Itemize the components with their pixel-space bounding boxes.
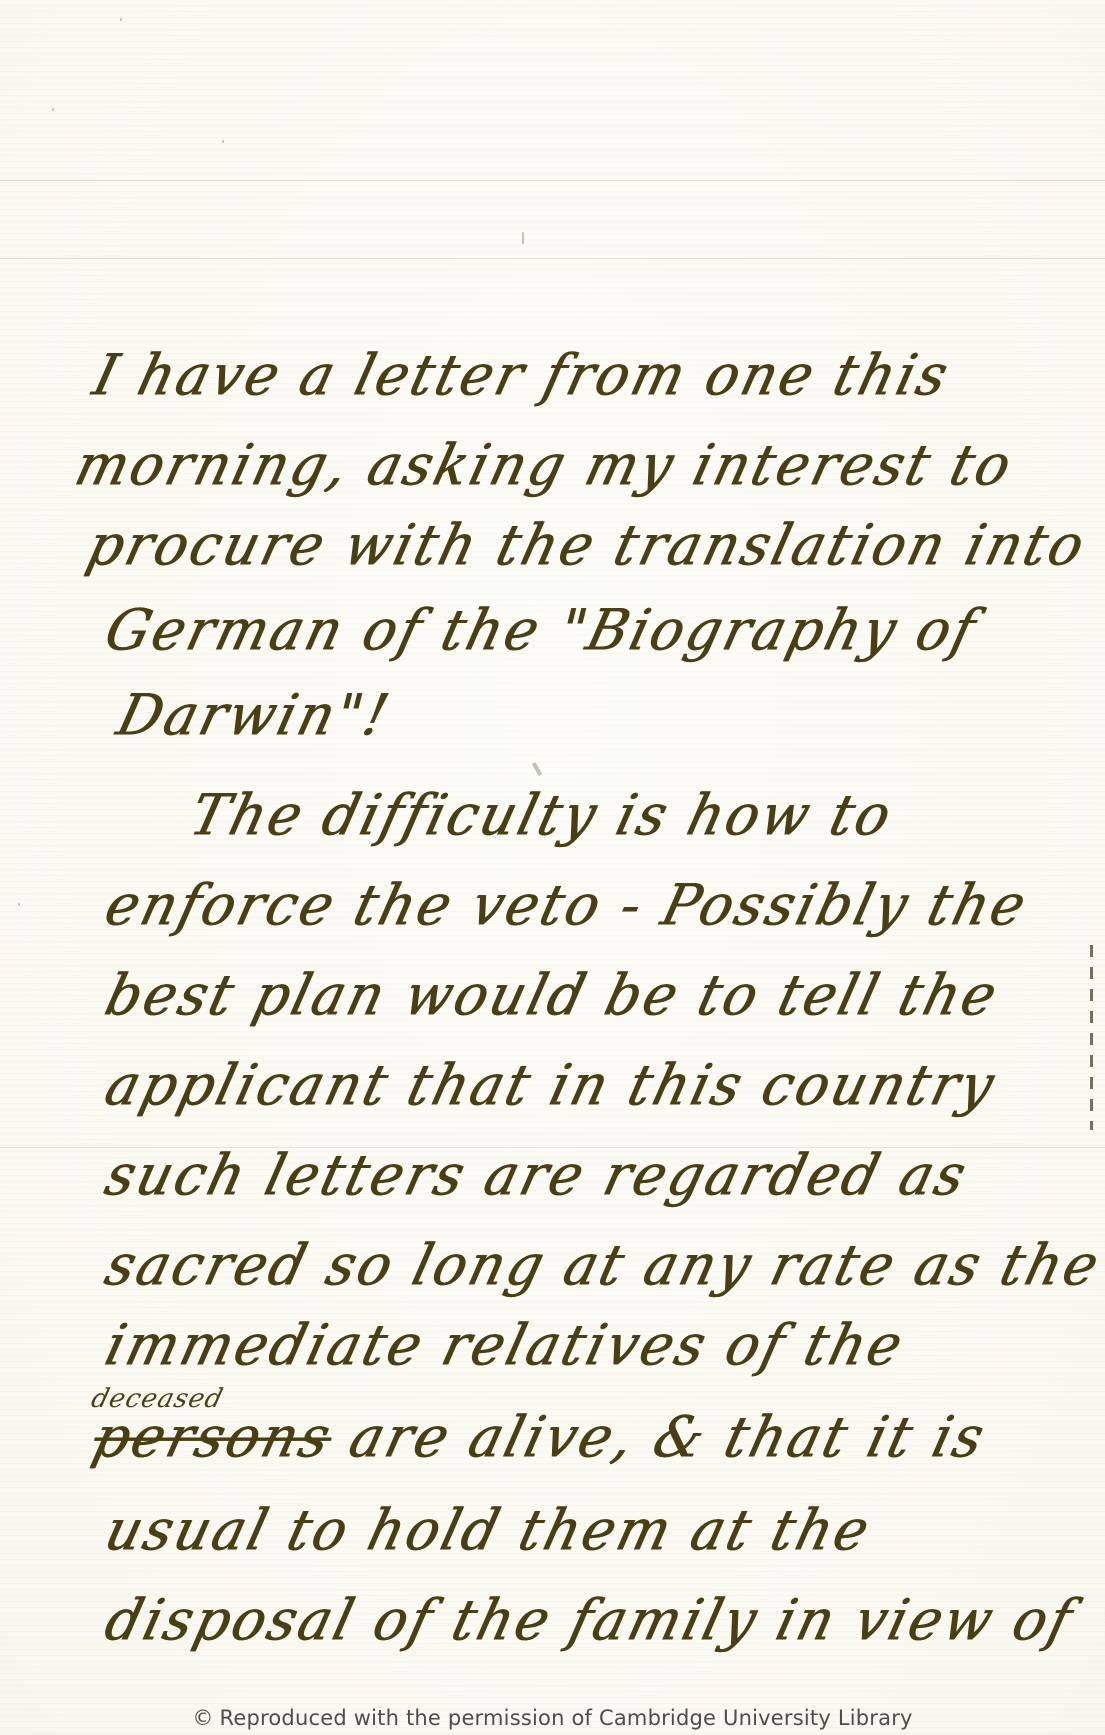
handwritten-line-5: Darwin"! [112, 687, 396, 744]
handwritten-line-1: I have a letter from one this [88, 347, 956, 404]
copyright-credit: ©Reproduced with the permission of Cambr… [0, 1706, 1105, 1730]
handwritten-line-10: such letters are regarded as [100, 1147, 974, 1204]
handwritten-line-3: procure with the translation into [82, 517, 1092, 574]
handwritten-line-13: persons are alive, & that it is [88, 1409, 992, 1466]
handwritten-line-9: applicant that in this country [100, 1057, 1002, 1114]
letter-body: I have a letter from one this morning, a… [0, 0, 1105, 1735]
handwritten-line-11: sacred so long at any rate as the [100, 1237, 1105, 1294]
handwritten-line-2: morning, asking my interest to [70, 437, 1019, 494]
credit-text: Reproduced with the permission of Cambri… [220, 1706, 913, 1730]
handwritten-line-15: disposal of the family in view of [100, 1592, 1080, 1649]
handwritten-line-8: best plan would be to tell the [100, 967, 1005, 1024]
handwritten-line-12: immediate relatives of the [100, 1317, 910, 1374]
struck-word: persons [87, 1404, 340, 1470]
line-13-text: are alive, & that it is [343, 1404, 993, 1470]
manuscript-page: I have a letter from one this morning, a… [0, 0, 1105, 1735]
copyright-icon: © [192, 1706, 213, 1730]
handwritten-line-6: The difficulty is how to [185, 787, 899, 844]
handwritten-line-4: German of the "Biography of [100, 602, 983, 659]
handwritten-line-7: enforce the veto - Possibly the [100, 877, 1034, 934]
handwritten-line-14: usual to hold them at the [100, 1502, 877, 1559]
page-edge-ink-mark [1090, 945, 1093, 1130]
